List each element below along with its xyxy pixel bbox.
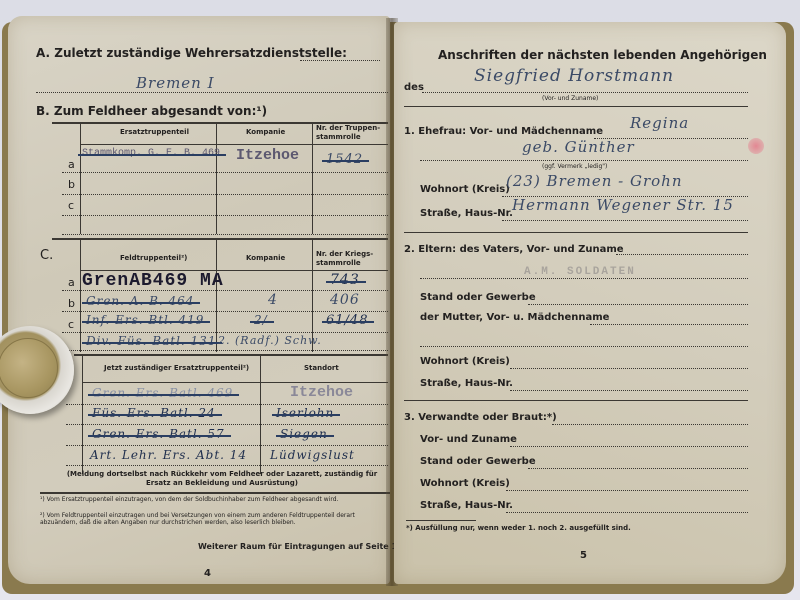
- table-cell-company: 4: [268, 292, 278, 308]
- table-cell-location: Lüdwigslust: [270, 448, 355, 462]
- table-cell-unit: Div. Füs. Batl. 131: [86, 334, 216, 348]
- table-cell-unit: Art. Lehr. Ers. Abt. 14: [90, 448, 247, 462]
- column-header: Standort: [304, 364, 339, 372]
- dotted-line: [510, 368, 748, 369]
- column-header: Ersatztruppenteil: [120, 128, 189, 136]
- mutter-label: der Mutter, Vor- u. Mädchenname: [420, 312, 609, 323]
- table-cell-number: 1542: [326, 152, 363, 167]
- wife-wohnort-value: (23) Bremen - Grohn: [506, 172, 683, 190]
- column-header: Kompanie: [246, 128, 285, 136]
- table-divider: [312, 122, 313, 234]
- section-a-label: A. Zuletzt zuständige Wehrersatzdienstst…: [36, 46, 347, 60]
- footnote-rule: [40, 492, 390, 494]
- footnote-rule: [406, 520, 476, 521]
- table-cell-number: 61/48: [326, 313, 368, 328]
- section-2-label: 2. Eltern: des Vaters, Vor- und Zuname: [404, 244, 624, 255]
- dotted-line: [62, 332, 388, 333]
- row-letter: b: [68, 178, 75, 191]
- table-rule: [74, 354, 388, 356]
- table-cell-company: Itzehoe: [236, 147, 299, 164]
- table-rule: [80, 144, 388, 145]
- dotted-line: [510, 390, 748, 391]
- table-cell-unit: Gren. Ers. Batl. 469: [92, 386, 233, 400]
- dotted-line: [420, 346, 748, 347]
- table-rule: [52, 238, 388, 240]
- strasse-label: Straße, Haus-Nr.: [420, 378, 513, 389]
- dotted-line: [62, 194, 388, 195]
- faint-stamp: A.M. SOLDATEN: [524, 266, 636, 278]
- table-cell-unit: Inf. Ers. Btl. 419: [86, 313, 204, 327]
- name-label: Vor- und Zuname: [420, 434, 517, 445]
- column-header: Nr. der Kriegs-stammrolle: [316, 250, 386, 268]
- table-cell-company: 2. (Radf.) Schw.: [218, 334, 322, 347]
- soldbuch-open-spread: A. Zuletzt zuständige Wehrersatzdienstst…: [0, 8, 800, 593]
- dotted-line: [62, 234, 388, 235]
- dotted-line: [62, 311, 388, 312]
- table-cell-unit: GrenAB469 MA: [82, 271, 224, 291]
- left-page: A. Zuletzt zuständige Wehrersatzdienstst…: [8, 16, 390, 584]
- section-3-label: 3. Verwandte oder Braut:*): [404, 412, 557, 423]
- dotted-line: [36, 92, 388, 93]
- section-c-label: C.: [40, 248, 53, 263]
- column-header: Nr. der Truppen-stammrolle: [316, 124, 386, 142]
- table-divider: [216, 122, 217, 234]
- row-letter: c: [68, 199, 74, 212]
- wohnort-label: Wohnort (Kreis): [420, 184, 510, 195]
- dotted-line: [552, 424, 748, 425]
- row-letter: c: [68, 318, 74, 331]
- row-letter: a: [68, 276, 75, 289]
- table-cell-unit: Stammkomp. G. E. B. 469: [82, 148, 220, 159]
- section-1-label: 1. Ehefrau: Vor- und Mädchenname: [404, 126, 603, 137]
- section-d-note: (Meldung dortselbst nach Rückkehr vom Fe…: [54, 470, 390, 488]
- footnote-1: ¹) Vom Ersatztruppenteil einzutragen, vo…: [40, 496, 390, 503]
- ledig-caption: (ggf. Vermerk „ledig"): [542, 163, 607, 170]
- section-rule: [404, 232, 748, 233]
- dotted-line: [590, 324, 748, 325]
- table-divider: [80, 122, 81, 234]
- stand-label: Stand oder Gewerbe: [420, 292, 536, 303]
- section-rule: [404, 106, 748, 107]
- coin-center: [0, 338, 58, 398]
- table-divider: [80, 238, 81, 352]
- strasse-label: Straße, Haus-Nr.: [420, 208, 513, 219]
- dotted-line: [66, 424, 388, 425]
- dotted-line: [62, 215, 388, 216]
- dotted-line: [62, 350, 388, 351]
- dotted-line: [506, 490, 748, 491]
- red-stamp-mark: [748, 138, 764, 154]
- dotted-line: [528, 468, 748, 469]
- table-cell-company: 2/: [254, 313, 268, 327]
- section-b-label: B. Zum Feldheer abgesandt von:¹): [36, 104, 267, 118]
- dotted-line: [62, 290, 388, 291]
- dotted-line: [422, 92, 748, 93]
- table-cell-number: 406: [330, 292, 360, 308]
- section-rule: [404, 400, 748, 401]
- dotted-line: [510, 446, 748, 447]
- dotted-line: [528, 304, 748, 305]
- wife-maiden-name: geb. Günther: [522, 138, 635, 156]
- dotted-line: [66, 445, 388, 446]
- table-cell-location: Iserlohn: [276, 406, 334, 420]
- row-letter: b: [68, 297, 75, 310]
- dotted-line: [502, 220, 748, 221]
- dotted-line: [506, 512, 748, 513]
- wohnort-label: Wohnort (Kreis): [420, 356, 510, 367]
- dotted-line: [62, 172, 388, 173]
- page-title: Anschriften der nächsten lebenden Angehö…: [438, 48, 767, 62]
- table-cell-unit: Füs. Ers. Batl. 24: [92, 406, 216, 420]
- dotted-line: [66, 465, 388, 466]
- des-caption: (Vor- und Zuname): [542, 95, 598, 102]
- table-cell-location: Itzehoe: [290, 384, 353, 401]
- stand-label: Stand oder Gewerbe: [420, 456, 536, 467]
- table-cell-number: 743: [330, 272, 360, 288]
- page-number: 4: [204, 568, 211, 579]
- wife-strasse-value: Hermann Wegener Str. 15: [512, 196, 734, 214]
- column-header: Kompanie: [246, 254, 285, 262]
- dotted-line: [420, 160, 748, 161]
- dotted-line: [420, 278, 748, 279]
- wohnort-label: Wohnort (Kreis): [420, 478, 510, 489]
- table-rule: [82, 382, 388, 383]
- column-header: Feldtruppenteil²): [120, 254, 187, 262]
- strasse-label: Straße, Haus-Nr.: [420, 500, 513, 511]
- column-header: Jetzt zuständiger Ersatztruppenteil²): [104, 364, 249, 372]
- des-label: des: [404, 82, 424, 93]
- table-divider: [260, 354, 261, 474]
- wife-first-name: Regina: [630, 114, 689, 132]
- page-number: 5: [580, 550, 587, 561]
- table-cell-location: Siegen: [280, 427, 328, 441]
- right-page: Anschriften der nächsten lebenden Angehö…: [394, 22, 786, 584]
- row-letter: a: [68, 158, 75, 171]
- dotted-line: [300, 60, 380, 61]
- table-cell-unit: Gren. Ers. Batl. 57: [92, 427, 225, 441]
- dotted-line: [66, 404, 388, 405]
- section-a-value: Bremen I: [136, 74, 215, 92]
- des-value: Siegfried Horstmann: [474, 66, 674, 86]
- table-divider: [82, 354, 83, 474]
- dotted-line: [616, 254, 748, 255]
- footnote: *) Ausfüllung nur, wenn weder 1. noch 2.…: [406, 524, 631, 532]
- table-cell-unit: Gren. A. B. 464: [86, 294, 194, 308]
- footnote-2: ²) Vom Feldtruppenteil einzutragen und b…: [40, 512, 390, 526]
- continuation-note: Weiterer Raum für Eintragungen auf Seite…: [198, 542, 406, 551]
